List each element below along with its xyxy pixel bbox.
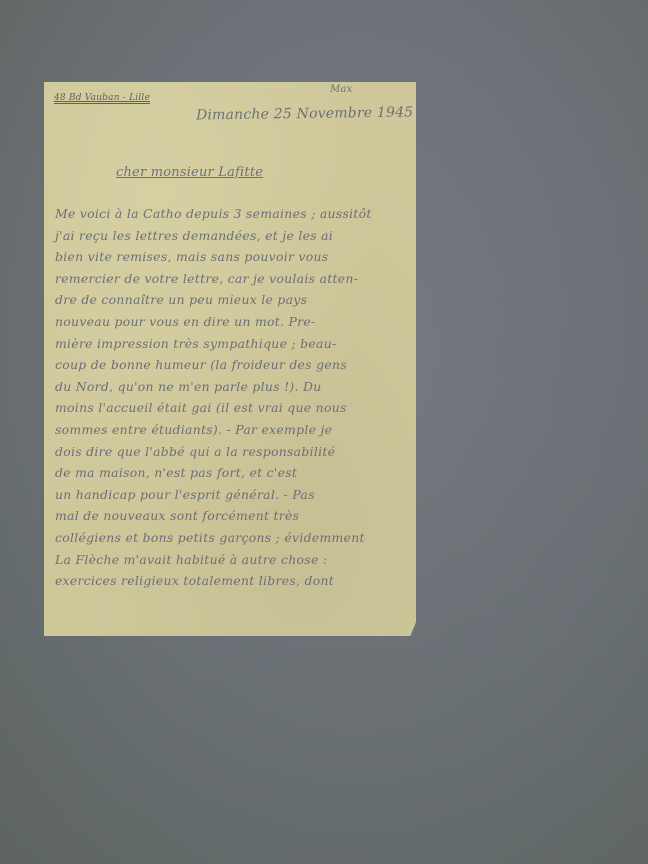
body-line: un handicap pour l'esprit général. - Pas	[55, 487, 413, 509]
corner-annotation: Max	[330, 84, 352, 95]
body-line: Me voici à la Catho depuis 3 semaines ; …	[55, 206, 413, 228]
letter-date: Dimanche 25 Novembre 1945	[196, 104, 414, 123]
body-line: de ma maison, n'est pas fort, et c'est	[55, 465, 413, 487]
body-line: j'ai reçu les lettres demandées, et je l…	[55, 228, 413, 250]
body-line: dre de connaître un peu mieux le pays	[55, 292, 413, 314]
body-line: remercier de votre lettre, car je voulai…	[55, 271, 413, 293]
body-line: du Nord, qu'on ne m'en parle plus !). Du	[55, 379, 413, 401]
body-line: dois dire que l'abbé qui a la responsabi…	[55, 444, 413, 466]
letter-body: Me voici à la Catho depuis 3 semaines ; …	[55, 206, 413, 595]
body-line: sommes entre étudiants). - Par exemple j…	[55, 422, 413, 444]
letter-page: 48 Bd Vauban - Lille Max Dimanche 25 Nov…	[44, 82, 416, 636]
address-text: 48 Bd Vauban - Lille	[54, 93, 150, 103]
body-line: La Flèche m'avait habitué à autre chose …	[55, 552, 413, 574]
salutation: cher monsieur Lafitte	[116, 165, 263, 180]
salutation-text: cher monsieur Lafitte	[116, 165, 263, 180]
body-line: nouveau pour vous en dire un mot. Pre-	[55, 314, 413, 336]
sender-address: 48 Bd Vauban - Lille	[54, 93, 150, 103]
body-line: bien vite remises, mais sans pouvoir vou…	[55, 249, 413, 271]
body-line: mière impression très sympathique ; beau…	[55, 336, 413, 358]
body-line: exercices religieux totalement libres, d…	[55, 573, 413, 595]
body-line: collégiens et bons petits garçons ; évid…	[55, 530, 413, 552]
body-line: mal de nouveaux sont forcément très	[55, 508, 413, 530]
body-line: moins l'accueil était gai (il est vrai q…	[55, 400, 413, 422]
body-line: coup de bonne humeur (la froideur des ge…	[55, 357, 413, 379]
